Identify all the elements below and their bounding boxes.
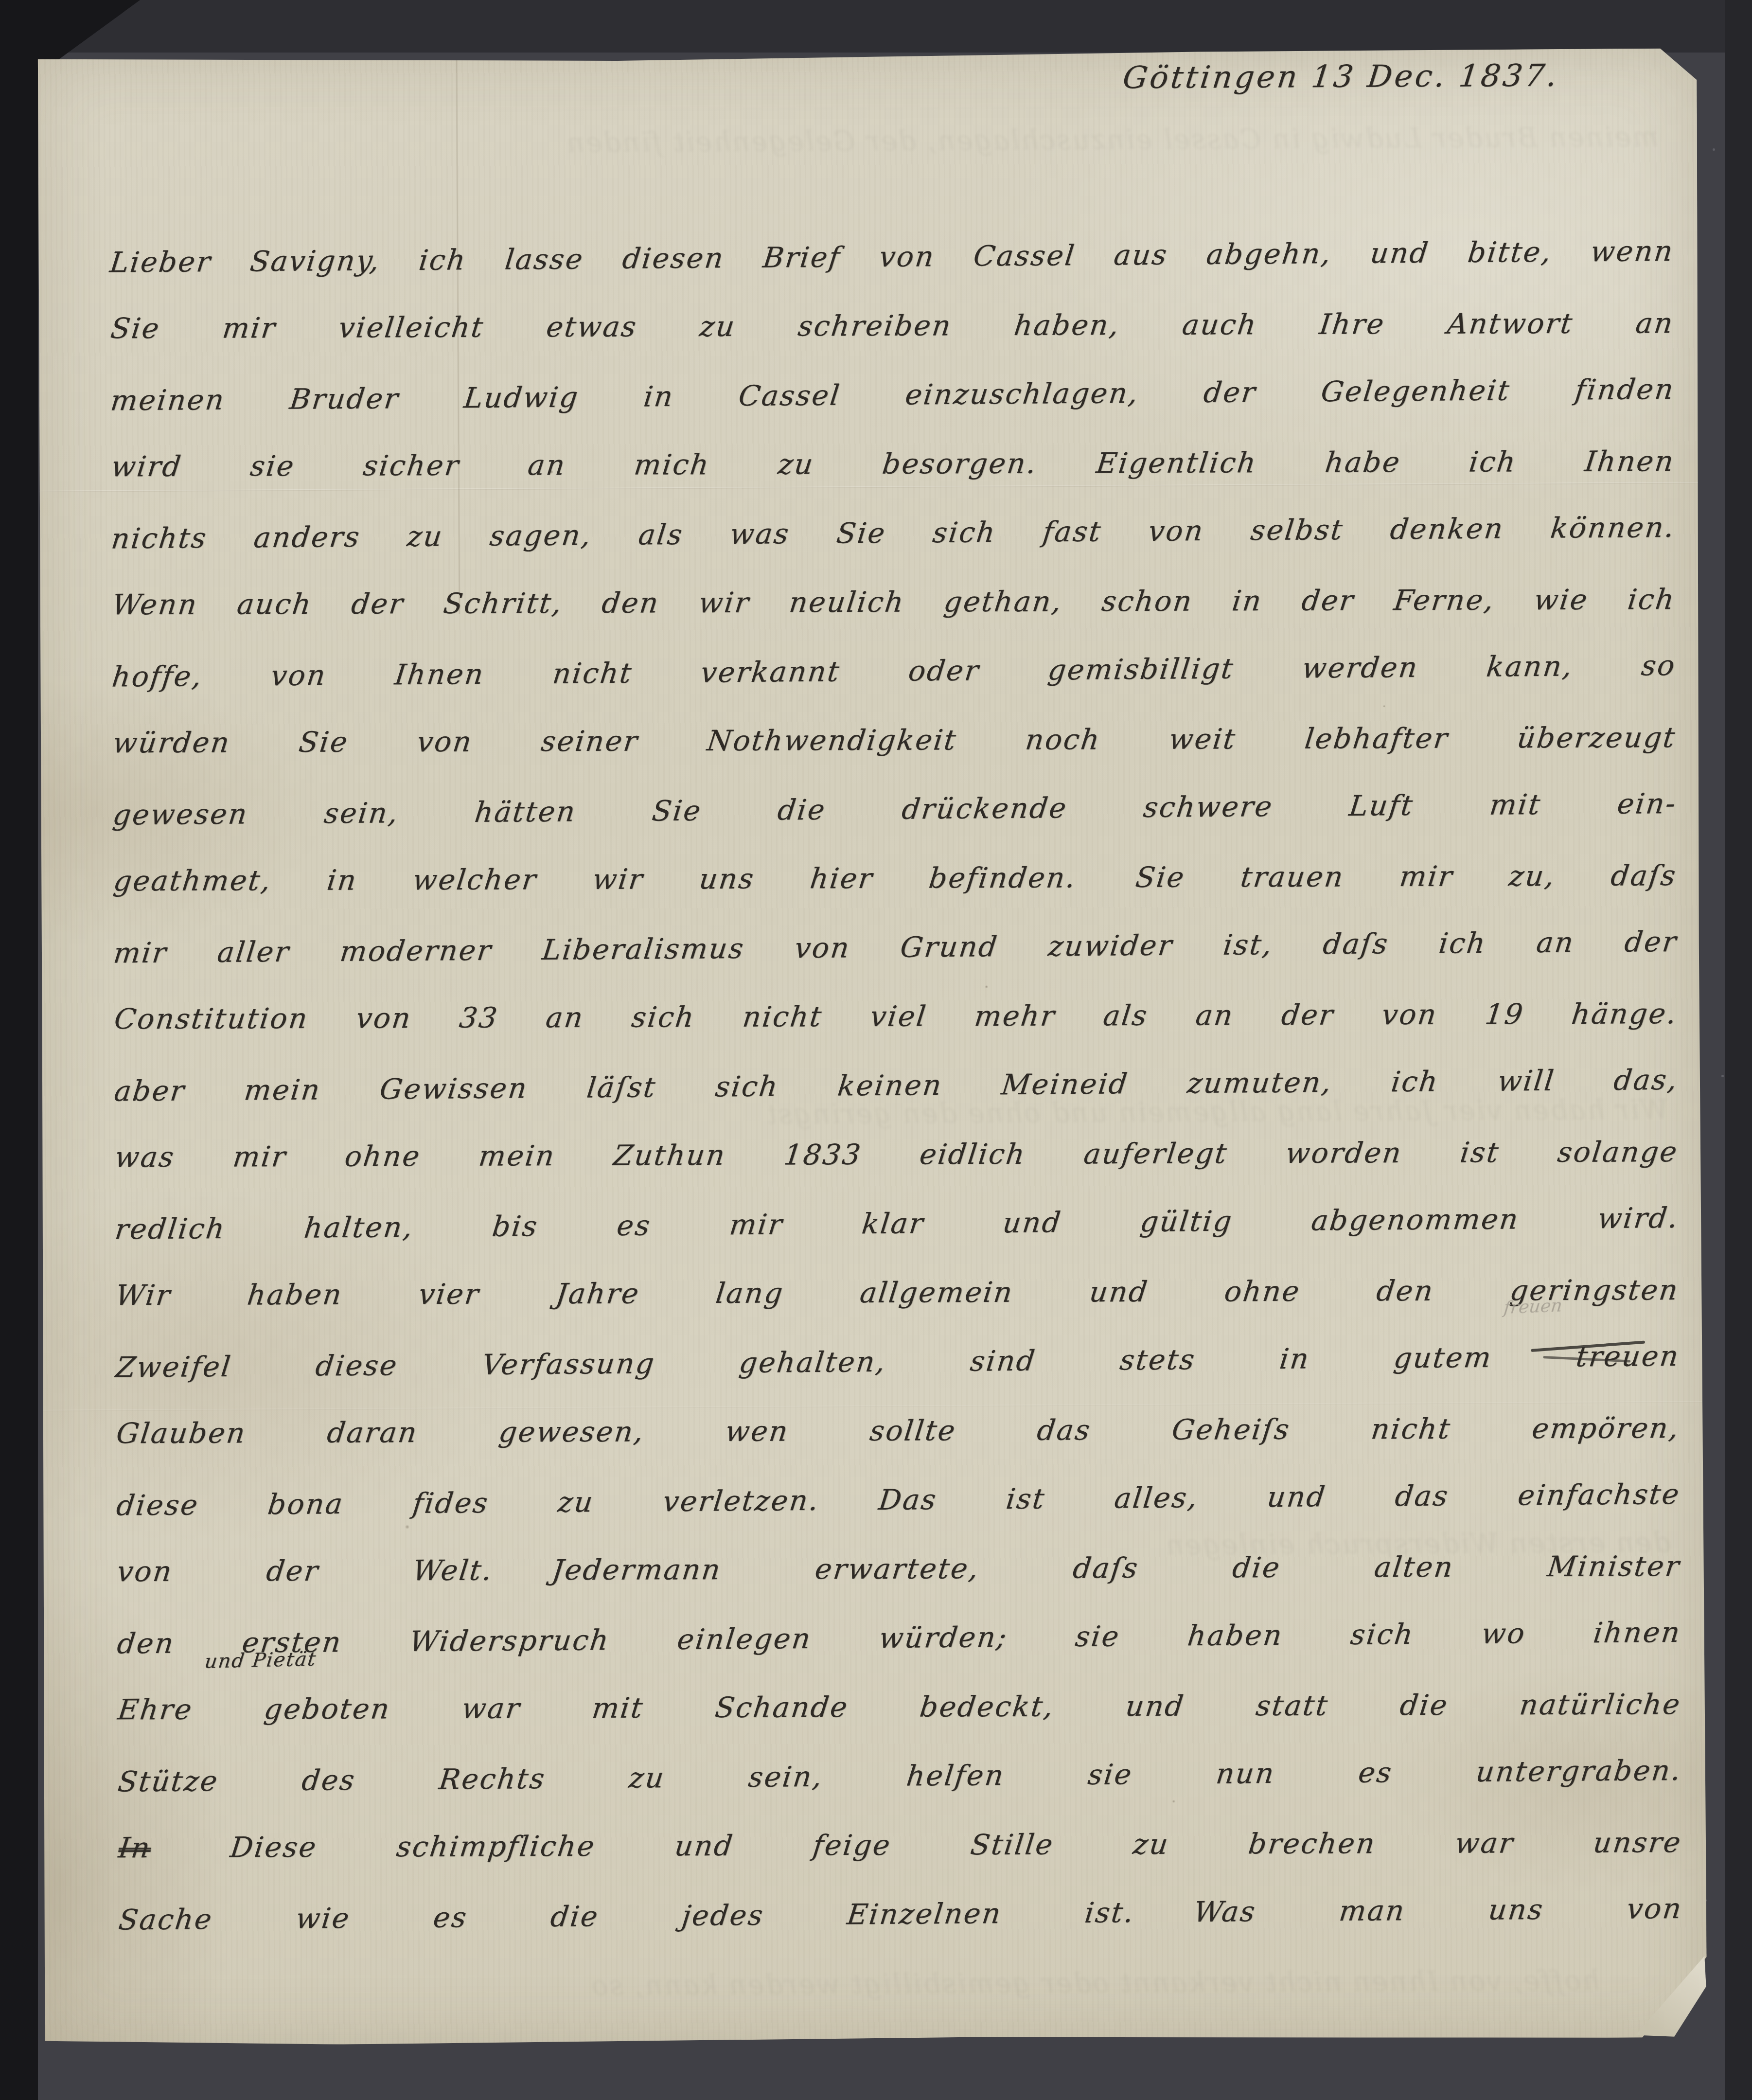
ink-showthrough-ghost: meinen Bruder Ludwig in Cassel einzuschl… [345,121,1658,160]
struck-word: In [117,1831,153,1864]
letter-line: Glauben daran gewesen, wen sollte das Ge… [114,1405,1682,1459]
letter-line: hoffe, von Ihnen nicht verkannt oder gem… [109,642,1679,702]
letter-line: redlich halten, bis es mir klar und gült… [112,1194,1681,1255]
letter-line: nichts anders zu sagen, als was Sie sich… [108,504,1678,564]
letter-line: Constitution von 33 an sich nicht viel m… [111,990,1680,1044]
letter-line: Wir haben vier Jahre lang allgemein und … [113,1266,1681,1320]
felt-edge-left [0,0,38,2100]
dark-edge-right [1725,0,1752,2100]
letter-line: Sache wie es die jedes Einzelnen ist. Wa… [116,1885,1685,1945]
letter-line: Lieber Savigny, ich lasse diesen Brief v… [107,228,1676,288]
letter-line: In Diese schimpfliche und feige Stille z… [116,1819,1684,1873]
letter-line-text: Diese schimpfliche und feige Stille zu b… [229,1826,1684,1864]
dust-speck [1721,1075,1724,1077]
letter-line: was mir ohne mein Zuthun 1833 eidlich au… [112,1128,1681,1182]
letter-line: würden Sie von seiner Nothwendigkeit noc… [110,714,1679,768]
paper-sheet: meinen Bruder Ludwig in Cassel einzuschl… [34,48,1707,2046]
letter-line: geathmet, in welcher wir uns hier befind… [111,852,1680,906]
letter-line: Ehre geboten war mit Schande bedeckt, un… [115,1681,1684,1735]
header-place-date: Göttingen 13 Dec. 1837. [1121,58,1561,96]
ink-showthrough-ghost: hoffe, von Ihnen nicht verkannt oder gem… [384,1965,1600,2003]
pencil-margin-note: freuen [1503,1296,1563,1318]
letter-line: gewesen sein, hätten Sie die drückende s… [110,780,1679,840]
letter-line: Stütze des Rechts zu sein, helfen sie nu… [115,1747,1684,1807]
letter-line: meinen Bruder Ludwig in Cassel einzuschl… [108,366,1677,426]
letter-line: Wenn auch der Schritt, den wir neulich g… [109,576,1678,630]
letter-line: Zweifel diese Verfassung gehalten, sind … [113,1333,1682,1393]
scanned-letter-page: meinen Bruder Ludwig in Cassel einzuschl… [0,0,1752,2100]
letter-line: wird sie sicher an mich zu besorgen. Eig… [108,438,1677,492]
letter-line: von der Welt. Jedermann erwartete, daſs … [114,1543,1683,1597]
mat-background-top [38,0,1752,53]
letter-line: diese bona fides zu verletzen. Das ist a… [114,1471,1683,1531]
paper-sheet-wrapper: meinen Bruder Ludwig in Cassel einzuschl… [34,48,1707,2046]
letter-line: Sie mir vielleicht etwas zu schreiben ha… [108,300,1677,354]
letter-line: mir aller moderner Liberalismus von Grun… [111,918,1680,979]
dust-speck [1713,148,1715,151]
